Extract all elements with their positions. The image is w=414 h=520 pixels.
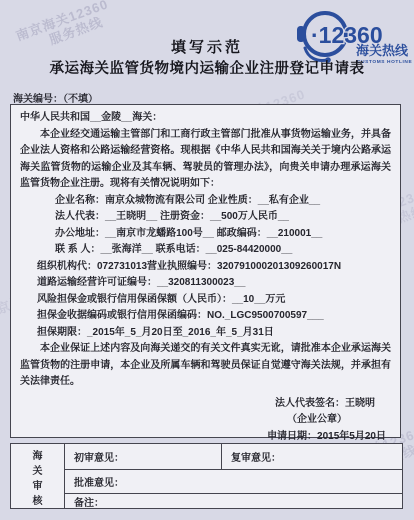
salutation: 中华人民共和国__金陵__海关： bbox=[20, 110, 391, 127]
field-guarantee-period: 担保期限：_2015年_5_月20日至_2016_年_5_月31日 bbox=[20, 325, 391, 342]
review-side-header: 海 关 审 核 bbox=[11, 444, 65, 508]
field-contact: 联 系 人：__张海洋__ 联系电话：__025-84420000__ bbox=[20, 242, 391, 259]
page-title: 填写示范 bbox=[0, 36, 414, 57]
side-char: 海 bbox=[33, 447, 43, 462]
review-approval-cell: 批准意见： bbox=[65, 470, 402, 494]
side-char: 核 bbox=[33, 492, 43, 507]
side-char: 审 bbox=[33, 477, 43, 492]
signature-line: 法人代表签名：王晓明 bbox=[20, 396, 391, 413]
review-main: 初审意见： 复审意见： 批准意见： 备注： bbox=[65, 444, 402, 508]
review-approval-label: 批准意见： bbox=[65, 474, 124, 489]
field-risk-guarantee: 风险担保金或银行信用保函保额（人民币）：__10__万元 bbox=[20, 292, 391, 309]
pledge-paragraph: 本企业保证上述内容及向海关递交的有关文件真实无讹，请批准本企业承运海关监管货物的… bbox=[20, 341, 391, 391]
review-first-opinion-cell: 初审意见： bbox=[65, 444, 222, 469]
review-remarks-label: 备注： bbox=[65, 494, 104, 509]
field-guarantee-receipt: 担保金收据编码或银行信用保函编码：NO._LGC9500700597___ bbox=[20, 308, 391, 325]
customs-number-label: 海关编号：（不填） bbox=[13, 90, 98, 105]
review-remarks-cell: 备注： bbox=[65, 494, 402, 509]
review-table: 海 关 审 核 初审意见： 复审意见： 批准意见： 备注： bbox=[10, 443, 403, 509]
field-org-code: 组织机构代：072731013营业执照编号：320791000201309260… bbox=[20, 259, 391, 276]
field-office-address: 办公地址：__南京市龙蟠路100号__ 邮政编码：__210001__ bbox=[20, 226, 391, 243]
application-box: 中华人民共和国__金陵__海关： 本企业经交通运输主管部门和工商行政主管部门批准… bbox=[10, 104, 401, 438]
field-road-permit: 道路运输经营许可证编号：__320811300023__ bbox=[20, 275, 391, 292]
signature-block: 法人代表签名：王晓明 （企业公章） 申请日期：2015年5月20日 bbox=[20, 396, 391, 446]
intro-paragraph: 本企业经交通运输主管部门和工商行政主管部门批准从事货物运输业务，并具备企业法人资… bbox=[20, 127, 391, 193]
side-char: 关 bbox=[33, 462, 43, 477]
seal-line: （企业公章） bbox=[20, 412, 391, 429]
form-title: 承运海关监管货物境内运输企业注册登记申请表 bbox=[0, 57, 414, 78]
field-legal-rep: 法人代表：__王晓明__ 注册资金：__500万人民币__ bbox=[20, 209, 391, 226]
review-second-opinion-cell: 复审意见： bbox=[222, 444, 402, 469]
review-row-opinions: 初审意见： 复审意见： bbox=[65, 444, 402, 470]
field-company-name: 企业名称：南京众城物流有限公司 企业性质：__私有企业__ bbox=[20, 193, 391, 210]
